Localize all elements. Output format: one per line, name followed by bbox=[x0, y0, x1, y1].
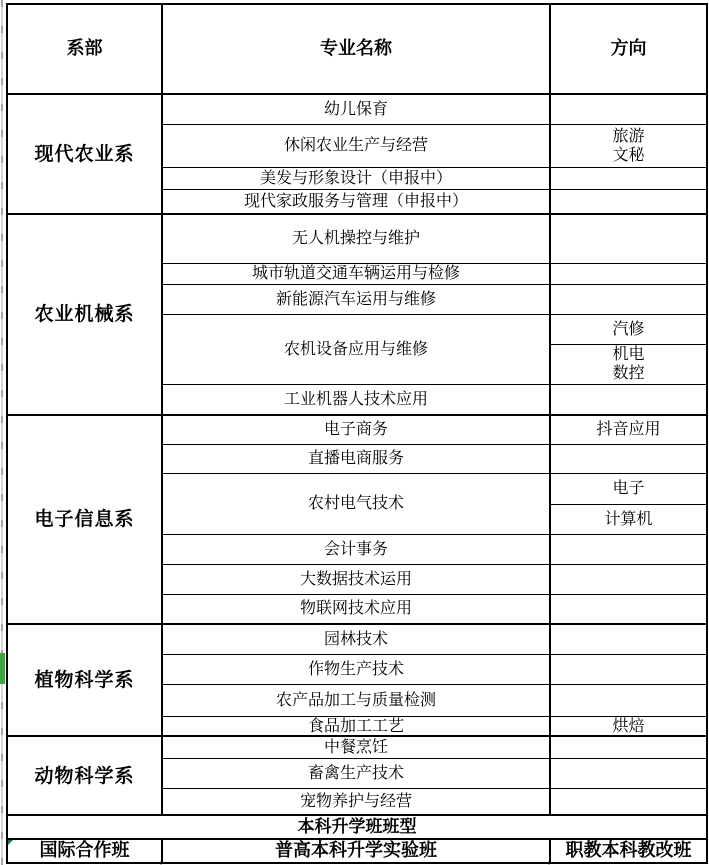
direction-cell bbox=[550, 758, 707, 788]
header-dept: 系部 bbox=[7, 4, 162, 94]
promotion-class-type-row: 本科升学班班型 bbox=[7, 815, 707, 839]
direction-cell bbox=[550, 263, 707, 284]
class-cell-experimental: 普高本科升学实验班 bbox=[162, 839, 550, 862]
class-cell-international: 国际合作班 bbox=[7, 839, 162, 862]
row-indicator-bar bbox=[0, 653, 5, 684]
major-row: 电子信息系电子商务抖音应用 bbox=[7, 415, 707, 444]
direction-cell bbox=[550, 444, 707, 473]
direction-cell: 电子 bbox=[550, 473, 707, 504]
direction-cell bbox=[550, 189, 707, 214]
class-cell-vocational: 职教本科教改班 bbox=[550, 839, 707, 862]
header-major: 专业名称 bbox=[162, 4, 550, 94]
class-row: 国际合作班 普高本科升学实验班 职教本科教改班 bbox=[7, 839, 707, 862]
major-name-cell: 现代家政服务与管理（申报中） bbox=[162, 189, 550, 214]
direction-cell bbox=[550, 167, 707, 189]
header-row: 系部 专业名称 方向 bbox=[7, 4, 707, 94]
major-name-cell: 幼儿保育 bbox=[162, 94, 550, 124]
major-name-cell: 园林技术 bbox=[162, 624, 550, 654]
direction-cell bbox=[550, 624, 707, 654]
major-name-cell: 新能源汽车运用与维修 bbox=[162, 284, 550, 314]
majors-body: 现代农业系幼儿保育休闲农业生产与经营旅游文秘美发与形象设计（申报中）现代家政服务… bbox=[7, 94, 707, 815]
direction-cell bbox=[550, 384, 707, 415]
major-name-cell: 美发与形象设计（申报中） bbox=[162, 167, 550, 189]
department-cell: 农业机械系 bbox=[7, 214, 162, 415]
department-cell: 动物科学系 bbox=[7, 736, 162, 815]
direction-cell bbox=[550, 654, 707, 684]
department-cell: 植物科学系 bbox=[7, 624, 162, 736]
major-name-cell: 食品加工工艺 bbox=[162, 716, 550, 736]
direction-cell bbox=[550, 284, 707, 314]
major-name-cell: 电子商务 bbox=[162, 415, 550, 444]
major-name-cell: 畜禽生产技术 bbox=[162, 758, 550, 788]
direction-cell bbox=[550, 684, 707, 716]
direction-cell bbox=[550, 534, 707, 564]
major-name-cell: 无人机操控与维护 bbox=[162, 214, 550, 263]
major-name-cell: 宠物养护与经营 bbox=[162, 788, 550, 815]
direction-cell: 汽修 bbox=[550, 314, 707, 344]
direction-cell bbox=[550, 214, 707, 263]
major-row: 现代农业系幼儿保育 bbox=[7, 94, 707, 124]
major-name-cell: 农机设备应用与维修 bbox=[162, 314, 550, 384]
major-name-cell: 农村电气技术 bbox=[162, 473, 550, 534]
major-name-cell: 农产品加工与质量检测 bbox=[162, 684, 550, 716]
direction-cell: 机电数控 bbox=[550, 344, 707, 384]
major-name-cell: 中餐烹饪 bbox=[162, 736, 550, 758]
direction-cell bbox=[550, 788, 707, 815]
left-edge-gridline bbox=[1, 0, 3, 865]
major-name-cell: 工业机器人技术应用 bbox=[162, 384, 550, 415]
direction-cell bbox=[550, 94, 707, 124]
promotion-class-type-cell: 本科升学班班型 bbox=[7, 815, 707, 839]
department-cell: 现代农业系 bbox=[7, 94, 162, 214]
spreadsheet-page: 系部 专业名称 方向 现代农业系幼儿保育休闲农业生产与经营旅游文秘美发与形象设计… bbox=[0, 0, 709, 865]
direction-cell: 计算机 bbox=[550, 504, 707, 534]
direction-cell: 烘焙 bbox=[550, 716, 707, 736]
major-name-cell: 直播电商服务 bbox=[162, 444, 550, 473]
major-name-cell: 城市轨道交通车辆运用与检修 bbox=[162, 263, 550, 284]
major-row: 农业机械系无人机操控与维护 bbox=[7, 214, 707, 263]
header-direction: 方向 bbox=[550, 4, 707, 94]
direction-cell bbox=[550, 564, 707, 594]
direction-cell bbox=[550, 594, 707, 624]
direction-cell: 旅游文秘 bbox=[550, 124, 707, 167]
major-name-cell: 作物生产技术 bbox=[162, 654, 550, 684]
major-name-cell: 休闲农业生产与经营 bbox=[162, 124, 550, 167]
major-row: 动物科学系中餐烹饪 bbox=[7, 736, 707, 758]
major-name-cell: 大数据技术运用 bbox=[162, 564, 550, 594]
major-name-cell: 物联网技术应用 bbox=[162, 594, 550, 624]
major-row: 植物科学系园林技术 bbox=[7, 624, 707, 654]
majors-table: 系部 专业名称 方向 现代农业系幼儿保育休闲农业生产与经营旅游文秘美发与形象设计… bbox=[6, 3, 708, 864]
department-cell: 电子信息系 bbox=[7, 415, 162, 624]
direction-cell: 抖音应用 bbox=[550, 415, 707, 444]
direction-cell bbox=[550, 736, 707, 758]
major-name-cell: 会计事务 bbox=[162, 534, 550, 564]
